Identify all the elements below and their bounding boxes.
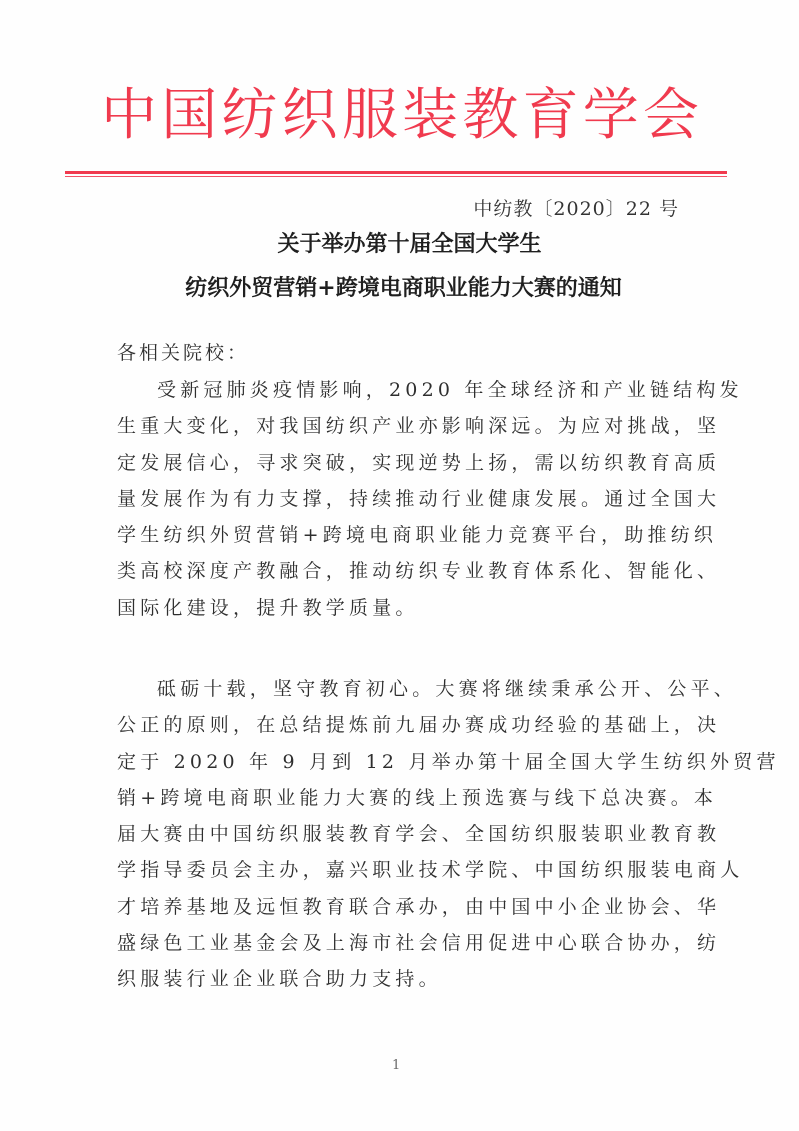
paragraph-line: 国际化建设，提升教学质量。 bbox=[117, 590, 697, 626]
letterhead-char: 中 bbox=[100, 82, 158, 150]
letterhead-divider-thin bbox=[65, 176, 727, 177]
paragraph-line: 织服装行业企业联合助力支持。 bbox=[117, 961, 697, 997]
letterhead-char: 织 bbox=[281, 82, 339, 150]
document-number: 中纺教〔2020〕22 号 bbox=[473, 194, 679, 221]
paragraph-line: 销+跨境电商职业能力大赛的线上预选赛与线下总决赛。本 bbox=[117, 780, 697, 816]
letterhead-char: 育 bbox=[522, 82, 580, 150]
paragraph-line: 学生纺织外贸营销+跨境电商职业能力竞赛平台，助推纺织 bbox=[117, 517, 697, 553]
letterhead-char: 服 bbox=[341, 82, 399, 150]
paragraph-line: 类高校深度产教融合，推动纺织专业教育体系化、智能化、 bbox=[117, 553, 697, 589]
letterhead-title: 中 国 纺 织 服 装 教 育 学 会 bbox=[100, 82, 700, 150]
document-page: 中 国 纺 织 服 装 教 育 学 会 中纺教〔2020〕22 号 关于举办第十… bbox=[0, 0, 799, 1131]
letterhead-char: 会 bbox=[642, 82, 700, 150]
page-number: 1 bbox=[392, 1058, 400, 1073]
paragraph-line: 砥砺十载，坚守教育初心。大赛将继续秉承公开、公平、 bbox=[117, 671, 697, 707]
salutation: 各相关院校： bbox=[117, 335, 697, 371]
paragraph-2: 砥砺十载，坚守教育初心。大赛将继续秉承公开、公平、 公正的原则，在总结提炼前九届… bbox=[117, 671, 697, 998]
paragraph-line: 生重大变化，对我国纺织产业亦影响深远。为应对挑战，坚 bbox=[117, 408, 697, 444]
letterhead-char: 国 bbox=[160, 82, 218, 150]
paragraph-1: 受新冠肺炎疫情影响，2020 年全球经济和产业链结构发 生重大变化，对我国纺织产… bbox=[117, 372, 697, 626]
document-title-line1: 关于举办第十届全国大学生 bbox=[10, 227, 799, 258]
paragraph-line: 受新冠肺炎疫情影响，2020 年全球经济和产业链结构发 bbox=[117, 372, 697, 408]
paragraph-line: 盛绿色工业基金会及上海市社会信用促进中心联合协办，纺 bbox=[117, 925, 697, 961]
letterhead-char: 学 bbox=[582, 82, 640, 150]
paragraph-line: 量发展作为有力支撑，持续推动行业健康发展。通过全国大 bbox=[117, 481, 697, 517]
document-title-line2: 纺织外贸营销+跨境电商职业能力大赛的通知 bbox=[4, 271, 799, 302]
letterhead-char: 纺 bbox=[220, 82, 278, 150]
paragraph-line: 届大赛由中国纺织服装教育学会、全国纺织服装职业教育教 bbox=[117, 816, 697, 852]
letterhead-char: 教 bbox=[461, 82, 519, 150]
letterhead-divider-thick bbox=[65, 171, 727, 174]
letterhead-char: 装 bbox=[401, 82, 459, 150]
paragraph-line: 才培养基地及远恒教育联合承办，由中国中小企业协会、华 bbox=[117, 889, 697, 925]
paragraph-line: 定发展信心，寻求突破，实现逆势上扬，需以纺织教育高质 bbox=[117, 445, 697, 481]
paragraph-line: 学指导委员会主办，嘉兴职业技术学院、中国纺织服装电商人 bbox=[117, 852, 697, 888]
paragraph-line: 公正的原则，在总结提炼前九届办赛成功经验的基础上，决 bbox=[117, 707, 697, 743]
paragraph-line: 定于 2020 年 9 月到 12 月举办第十届全国大学生纺织外贸营 bbox=[117, 744, 697, 780]
